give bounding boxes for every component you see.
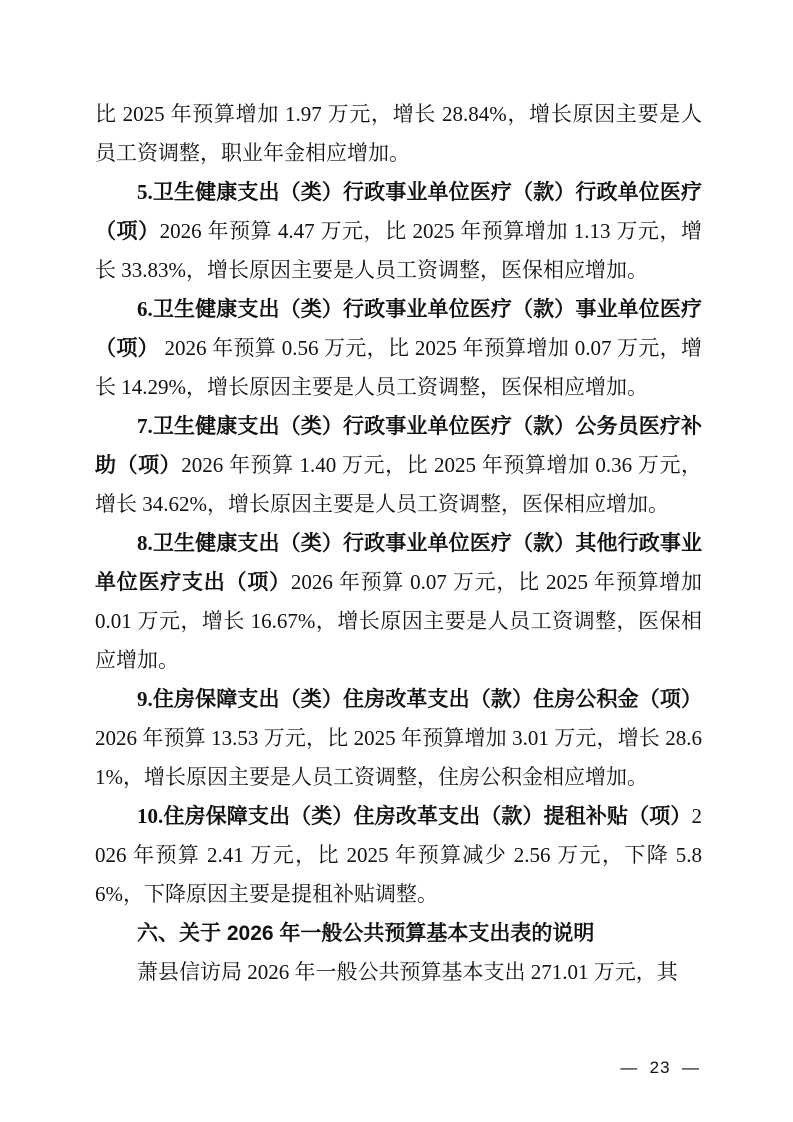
paragraph-item-10: 10.住房保障支出（类）住房改革支出（款）提租补贴（项）2026 年预算 2.4…	[95, 797, 702, 914]
section-heading: 六、关于 2026 年一般公共预算基本支出表的说明	[95, 914, 702, 953]
document-page: 比 2025 年预算增加 1.97 万元，增长 28.84%，增长原因主要是人员…	[0, 0, 793, 1122]
paragraph-text: 萧县信访局 2026 年一般公共预算基本支出 271.01 万元，其	[137, 960, 678, 984]
paragraph-item-5: 5.卫生健康支出（类）行政事业单位医疗（款）行政单位医疗（项）2026 年预算 …	[95, 173, 702, 290]
paragraph-text: 比 2025 年预算增加 1.97 万元，增长 28.84%，增长原因主要是人员…	[95, 102, 702, 165]
paragraph-lead: 10.住房保障支出（类）住房改革支出（款）提租补贴（项）	[137, 804, 692, 828]
paragraph-item-7: 7.卫生健康支出（类）行政事业单位医疗（款）公务员医疗补助（项）2026 年预算…	[95, 407, 702, 524]
page-number: — 23 —	[620, 1058, 700, 1078]
paragraph-basic-expenditure-intro: 萧县信访局 2026 年一般公共预算基本支出 271.01 万元，其	[95, 953, 702, 992]
paragraph-text: 2026 年预算 4.47 万元，比 2025 年预算增加 1.13 万元，增长…	[95, 219, 702, 282]
paragraph-lead: 9.住房保障支出（类）住房改革支出（款）住房公积金（项）	[137, 687, 702, 711]
paragraph-continuation: 比 2025 年预算增加 1.97 万元，增长 28.84%，增长原因主要是人员…	[95, 95, 702, 173]
paragraph-item-9: 9.住房保障支出（类）住房改革支出（款）住房公积金（项）2026 年预算 13.…	[95, 680, 702, 797]
paragraph-text: 2026 年预算 0.56 万元，比 2025 年预算增加 0.07 万元，增长…	[95, 336, 702, 399]
paragraph-item-6: 6.卫生健康支出（类）行政事业单位医疗（款）事业单位医疗（项） 2026 年预算…	[95, 290, 702, 407]
paragraph-text: 2026 年预算 13.53 万元，比 2025 年预算增加 3.01 万元，增…	[95, 726, 702, 789]
document-text-block: 比 2025 年预算增加 1.97 万元，增长 28.84%，增长原因主要是人员…	[95, 95, 702, 992]
paragraph-text: 2026 年预算 1.40 万元，比 2025 年预算增加 0.36 万元，增长…	[95, 453, 702, 516]
paragraph-item-8: 8.卫生健康支出（类）行政事业单位医疗（款）其他行政事业单位医疗支出（项）202…	[95, 524, 702, 680]
